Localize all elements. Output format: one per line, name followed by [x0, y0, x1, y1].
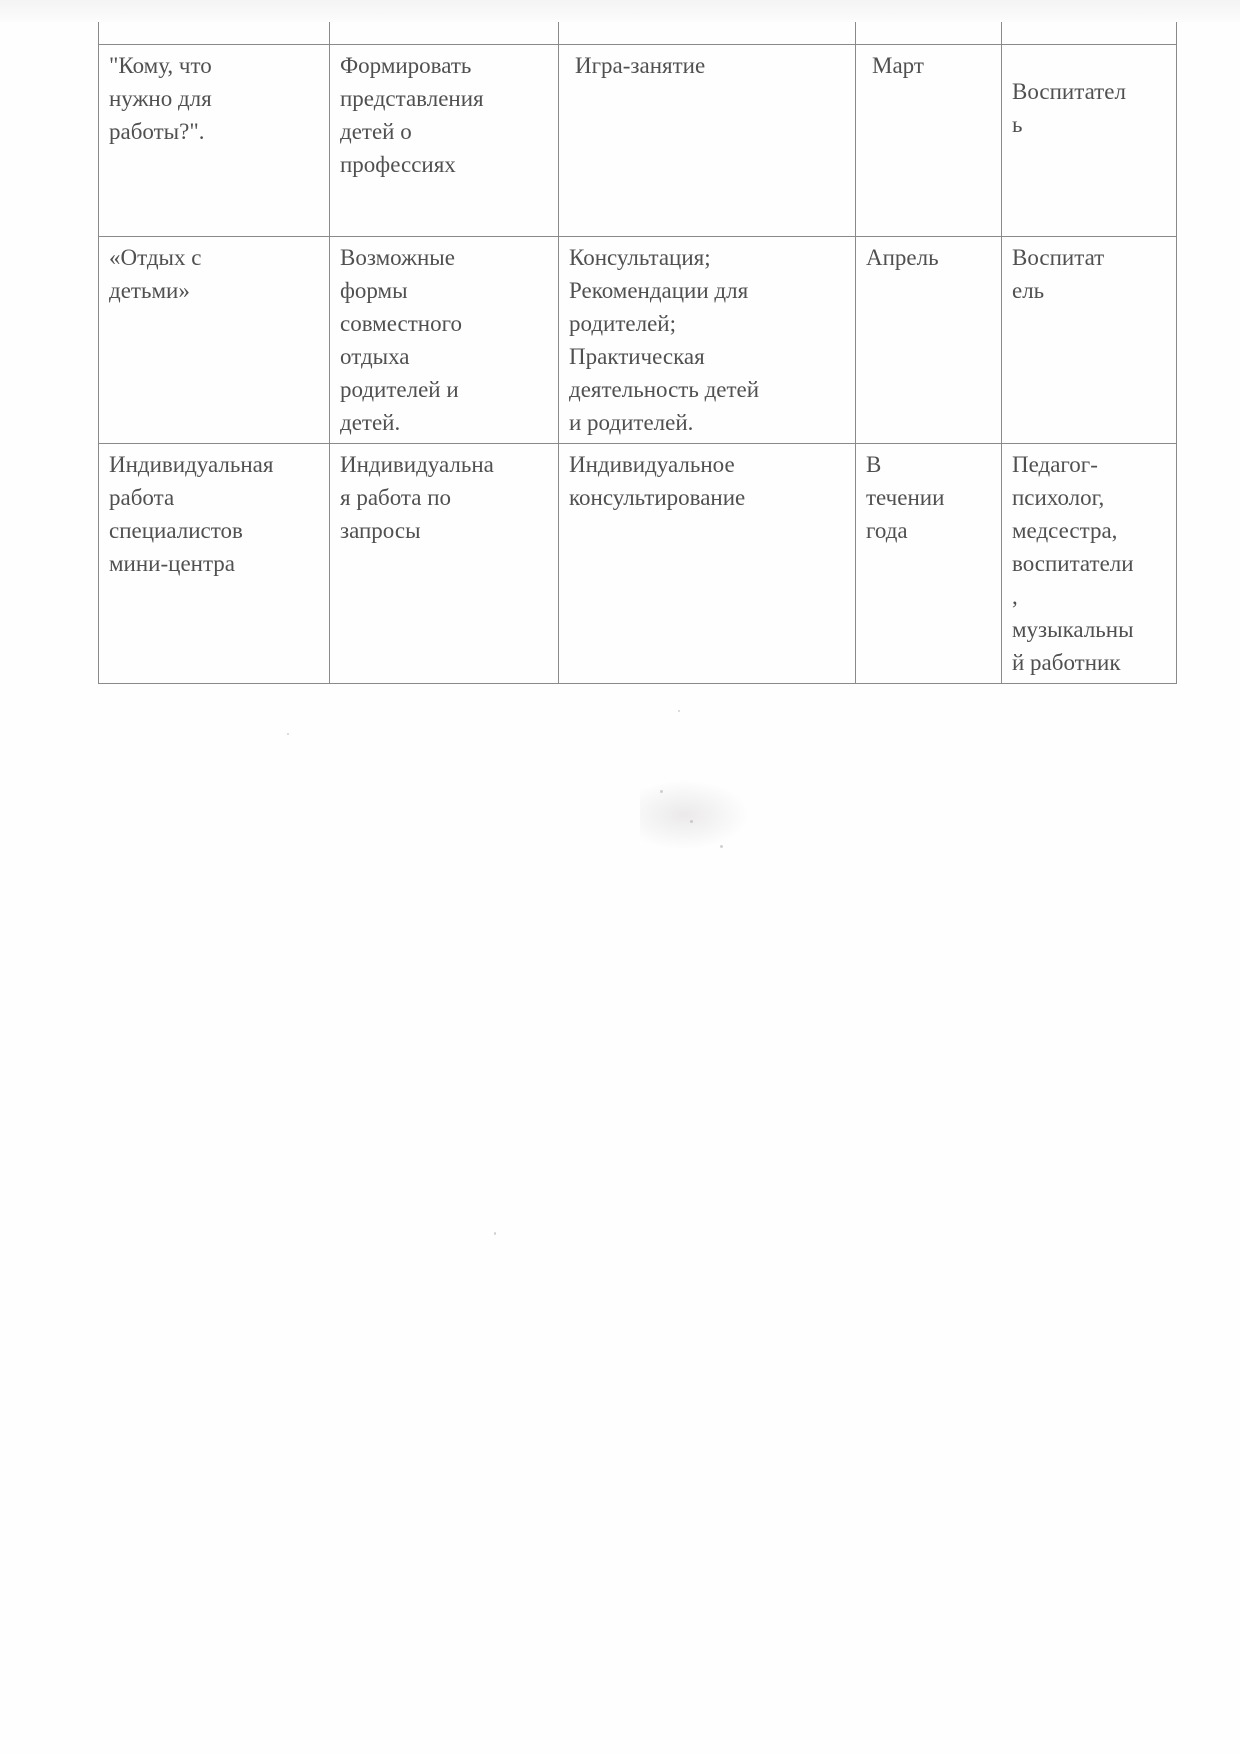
table-cell — [856, 22, 1002, 45]
cell-text-line: отдыха — [340, 344, 410, 369]
cell-form: Игра-занятие — [559, 45, 856, 237]
cell-text-line: детьми» — [109, 278, 190, 303]
cell-topic: «Отдых сдетьми» — [99, 237, 330, 444]
cell-text-line: музыкальны — [1012, 617, 1134, 642]
cell-text-line: течении — [866, 485, 944, 510]
cell-text-line: медсестра, — [1012, 518, 1117, 543]
cell-goal: Формироватьпредставлениядетей опрофессия… — [330, 45, 559, 237]
cell-text-line: формы — [340, 278, 408, 303]
cell-text-line: ель — [1012, 278, 1044, 303]
cell-text-line: Практическая — [569, 344, 705, 369]
cell-date: Втечениигода — [856, 444, 1002, 684]
cell-text-line: Формировать — [340, 53, 471, 78]
cell-text-line: Воспитат — [1012, 245, 1104, 270]
cell-text-line: специалистов — [109, 518, 243, 543]
cell-text-line: й работник — [1012, 650, 1121, 675]
cell-text-line: Рекомендации для — [569, 278, 748, 303]
cell-text-line: В — [866, 452, 881, 477]
cell-text-line: психолог, — [1012, 485, 1104, 510]
cell-text-line: детей о — [340, 119, 412, 144]
cell-text-line: работа — [109, 485, 174, 510]
table-row: «Отдых сдетьми» Возможныеформысовместног… — [99, 237, 1177, 444]
table-cell — [99, 22, 330, 45]
cell-text-line: Возможные — [340, 245, 455, 270]
scan-speck — [678, 710, 680, 712]
cell-text-line: работы?". — [109, 119, 204, 144]
scan-smudge — [640, 780, 750, 850]
cell-text-line: Консультация; — [569, 245, 711, 270]
cell-topic: Индивидуальнаяработаспециалистовмини-цен… — [99, 444, 330, 684]
activity-plan-table: "Кому, чтонужно дляработы?". Формировать… — [98, 22, 1177, 684]
cell-text-line: Индивидуальна — [340, 452, 494, 477]
cell-text-line: профессиях — [340, 152, 456, 177]
cell-text-line: родителей и — [340, 377, 459, 402]
cell-text-line: консультирование — [569, 485, 745, 510]
cell-date: Март — [856, 45, 1002, 237]
cell-text-line: детей. — [340, 410, 400, 435]
table-cell — [1002, 22, 1177, 45]
cell-text-line: представления — [340, 86, 484, 111]
cell-text-line: я работа по — [340, 485, 451, 510]
table-cell — [559, 22, 856, 45]
table-cell — [330, 22, 559, 45]
cell-text-line: Воспитател — [1012, 79, 1126, 104]
cell-text-line: Игра-занятие — [575, 53, 705, 78]
cell-text-line: «Отдых с — [109, 245, 201, 270]
cell-form: Индивидуальноеконсультирование — [559, 444, 856, 684]
scan-speck — [720, 845, 723, 848]
cell-text-line: родителей; — [569, 311, 676, 336]
cell-form: Консультация;Рекомендации дляродителей;П… — [559, 237, 856, 444]
cell-goal: Индивидуальная работа позапросы — [330, 444, 559, 684]
cell-text-line: Индивидуальная — [109, 452, 273, 477]
scan-speck — [494, 1232, 496, 1235]
cell-goal: Возможныеформысовместногоотдыхародителей… — [330, 237, 559, 444]
cell-responsible: Воспитатель — [1002, 237, 1177, 444]
cell-text-line: запросы — [340, 518, 421, 543]
cell-text-line: деятельность детей — [569, 377, 759, 402]
scan-speck — [660, 790, 663, 793]
scan-speck — [287, 733, 289, 735]
cell-date: Апрель — [856, 237, 1002, 444]
cell-text-line: ь — [1012, 112, 1023, 137]
cell-text-line: воспитатели — [1012, 551, 1134, 576]
cell-responsible: Воспитатель — [1002, 45, 1177, 237]
cell-text-line: и родителей. — [569, 410, 693, 435]
scanned-page: "Кому, чтонужно дляработы?". Формировать… — [0, 0, 1240, 1755]
cell-text-line: нужно для — [109, 86, 212, 111]
cell-text-line: мини-центра — [109, 551, 235, 576]
table-row: "Кому, чтонужно дляработы?". Формировать… — [99, 45, 1177, 237]
cell-text-line: "Кому, что — [109, 53, 212, 78]
table-row: Индивидуальнаяработаспециалистовмини-цен… — [99, 444, 1177, 684]
cell-text-line: Индивидуальное — [569, 452, 735, 477]
cell-text-line: Март — [872, 53, 924, 78]
cell-text-line: совместного — [340, 311, 462, 336]
cell-text-line: Педагог- — [1012, 452, 1098, 477]
scan-top-shadow — [0, 0, 1240, 22]
cell-text-line: , — [1012, 584, 1018, 609]
table-row-continuation — [99, 22, 1177, 45]
scan-speck — [690, 820, 693, 823]
cell-text-line: года — [866, 518, 908, 543]
cell-topic: "Кому, чтонужно дляработы?". — [99, 45, 330, 237]
cell-text-line: Апрель — [866, 245, 939, 270]
cell-responsible: Педагог-психолог,медсестра,воспитатели,м… — [1002, 444, 1177, 684]
